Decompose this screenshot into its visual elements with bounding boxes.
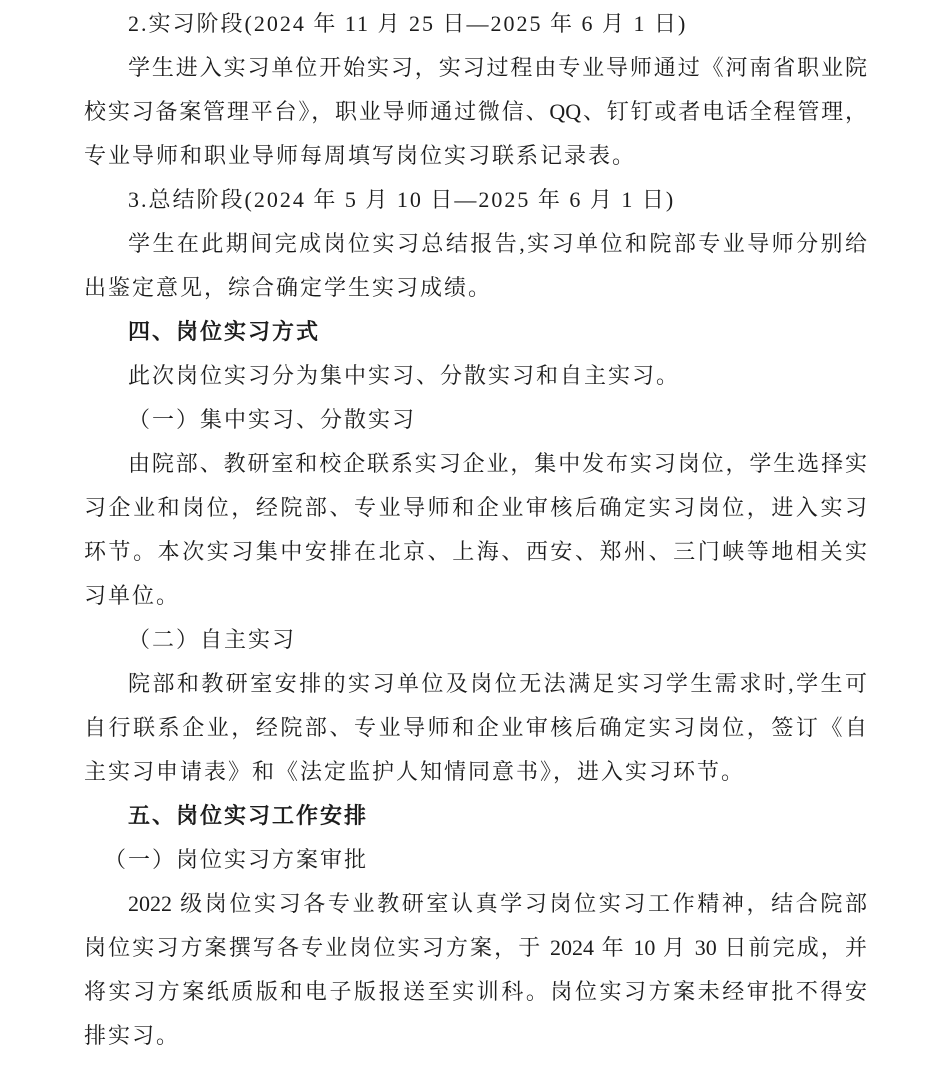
paragraph-line: 排实习。: [84, 1014, 867, 1058]
subsection-heading-plan-approval: （一）岗位实习方案审批: [84, 838, 867, 882]
paragraph-line: 由院部、教研室和校企联系实习企业，集中发布实习岗位，学生选择实: [84, 442, 867, 486]
paragraph-line: 专业导师和职业导师每周填写岗位实习联系记录表。: [84, 134, 867, 178]
numbered-item-summary-phase: 3.总结阶段(2024 年 5 月 10 日—2025 年 6 月 1 日): [84, 178, 867, 222]
paragraph-line: 习单位。: [84, 574, 867, 618]
paragraph-line: 主实习申请表》和《法定监护人知情同意书》，进入实习环节。: [84, 750, 867, 794]
numbered-item-internship-phase: 2.实习阶段(2024 年 11 月 25 日—2025 年 6 月 1 日): [84, 2, 867, 46]
subsection-heading-1: （一）集中实习、分散实习: [84, 398, 867, 442]
paragraph-line: 环节。本次实习集中安排在北京、上海、西安、郑州、三门峡等地相关实: [84, 530, 867, 574]
paragraph-line: 岗位实习方案撰写各专业岗位实习方案，于 2024 年 10 月 30 日前完成，…: [84, 926, 867, 970]
paragraph-line: 院部和教研室安排的实习单位及岗位无法满足实习学生需求时,学生可: [84, 662, 867, 706]
paragraph-line: 将实习方案纸质版和电子版报送至实训科。岗位实习方案未经审批不得安: [84, 970, 867, 1014]
paragraph-line: 此次岗位实习分为集中实习、分散实习和自主实习。: [84, 354, 867, 398]
paragraph-line: 出鉴定意见，综合确定学生实习成绩。: [84, 266, 867, 310]
document-page: 2.实习阶段(2024 年 11 月 25 日—2025 年 6 月 1 日) …: [0, 0, 949, 1078]
section-heading-4: 四、岗位实习方式: [84, 310, 867, 354]
document-text-block: 2.实习阶段(2024 年 11 月 25 日—2025 年 6 月 1 日) …: [0, 0, 949, 1058]
paragraph-line: 校实习备案管理平台》，职业导师通过微信、QQ、钉钉或者电话全程管理，: [84, 90, 867, 134]
paragraph-line: 2022 级岗位实习各专业教研室认真学习岗位实习工作精神，结合院部: [84, 882, 867, 926]
paragraph-line: 学生在此期间完成岗位实习总结报告,实习单位和院部专业导师分别给: [84, 222, 867, 266]
paragraph-line: 学生进入实习单位开始实习，实习过程由专业导师通过《河南省职业院: [84, 46, 867, 90]
paragraph-line: 自行联系企业，经院部、专业导师和企业审核后确定实习岗位，签订《自: [84, 706, 867, 750]
subsection-heading-2: （二）自主实习: [84, 618, 867, 662]
section-heading-5: 五、岗位实习工作安排: [84, 794, 867, 838]
paragraph-line: 习企业和岗位，经院部、专业导师和企业审核后确定实习岗位，进入实习: [84, 486, 867, 530]
